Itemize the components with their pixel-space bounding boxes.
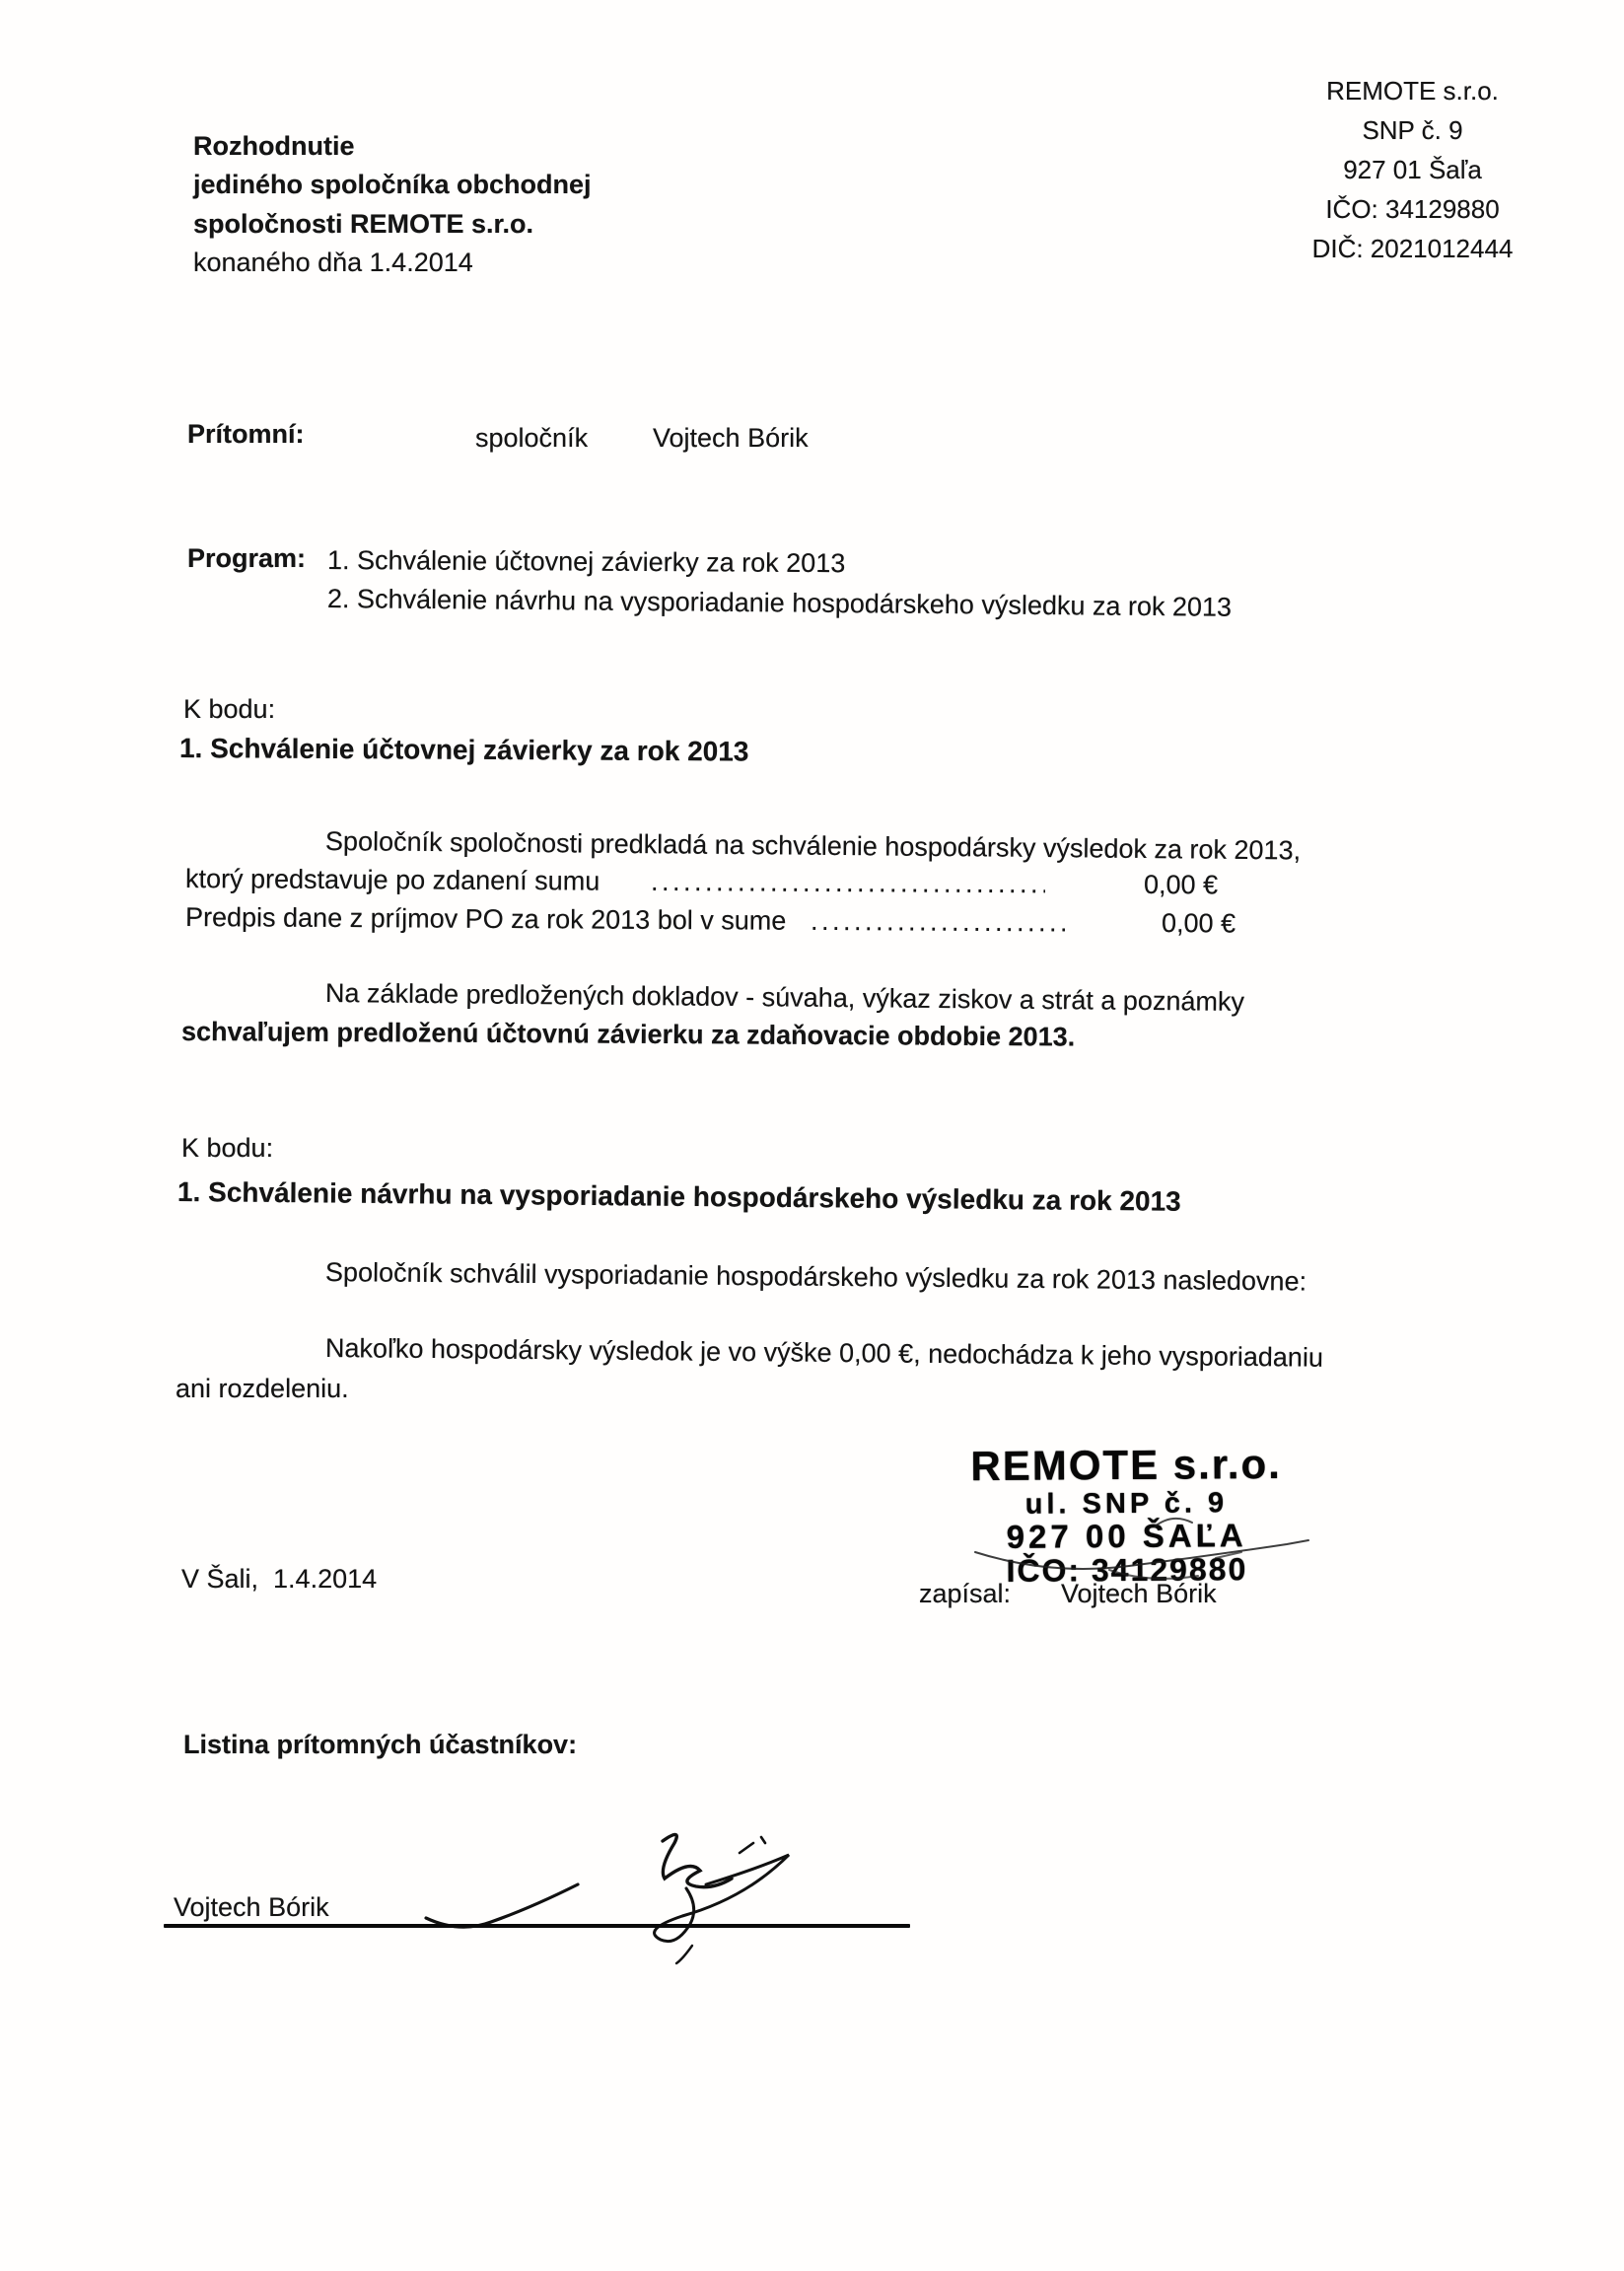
attendee-role: spoločník: [475, 422, 588, 454]
section-1-kbodu: K bodu:: [183, 693, 275, 725]
section-1-closing-line-2: schvaľujem predloženú účtovnú závierku z…: [181, 1016, 1075, 1053]
doc-title-line-2: jediného spoločníka obchodnej: [193, 169, 592, 200]
document-page: Rozhodnutie jediného spoločníka obchodne…: [0, 0, 1624, 2271]
signatory-name: Vojtech Bórik: [174, 1891, 329, 1923]
place-date: V Šali, 1.4.2014: [181, 1563, 377, 1595]
amount-2-value: 0,00 €: [1162, 908, 1236, 939]
company-dic: DIČ: 2021012444: [1282, 229, 1543, 268]
section-1-paragraph-line-1: Spoločník spoločnosti predkladá na schvá…: [325, 825, 1301, 867]
zapisal-name: Vojtech Bórik: [1061, 1578, 1217, 1609]
amount-1-label: ktorý predstavuje po zdanení sumu: [185, 864, 600, 897]
attendance-list-title: Listina prítomných účastníkov:: [183, 1729, 577, 1760]
company-city: 927 01 Šaľa: [1282, 150, 1543, 189]
company-ico: IČO: 34129880: [1282, 189, 1543, 229]
doc-title-line-4: konaného dňa 1.4.2014: [193, 247, 473, 278]
company-name: REMOTE s.r.o.: [1282, 71, 1543, 110]
program-label: Program:: [187, 542, 306, 574]
amount-1-value: 0,00 €: [1144, 870, 1218, 900]
program-item-2: 2. Schválenie návrhu na vysporiadanie ho…: [327, 583, 1232, 623]
section-2-heading: 1. Schválenie návrhu na vysporiadanie ho…: [177, 1175, 1181, 1218]
signature-scribble: [414, 1819, 809, 1977]
section-2-kbodu: K bodu:: [181, 1132, 273, 1164]
section-1-heading: 1. Schválenie účtovnej závierky za rok 2…: [179, 732, 749, 768]
section-1-closing-line-1: Na základe predložených dokladov - súvah…: [325, 977, 1244, 1018]
attendee-name: Vojtech Bórik: [653, 422, 809, 454]
attendees-label: Prítomní:: [187, 418, 305, 450]
amount-1-dot-leader: ........................................…: [651, 867, 1045, 899]
amount-2-label: Predpis dane z príjmov PO za rok 2013 bo…: [185, 902, 786, 937]
section-2-paragraph-2-line-2: ani rozdeleniu.: [176, 1373, 349, 1404]
doc-title-line-1: Rozhodnutie: [193, 130, 354, 162]
section-2-paragraph-2-line-1: Nakoľko hospodársky výsledok je vo výške…: [325, 1332, 1323, 1374]
program-item-1: 1. Schválenie účtovnej závierky za rok 2…: [327, 544, 845, 580]
signature-line: [164, 1924, 910, 1928]
company-address-block: REMOTE s.r.o. SNP č. 9 927 01 Šaľa IČO: …: [1282, 71, 1543, 268]
zapisal-label: zapísal:: [919, 1578, 1011, 1609]
amount-2-dot-leader: ........................................…: [811, 906, 1065, 939]
company-street: SNP č. 9: [1282, 110, 1543, 150]
doc-title-line-3: spoločnosti REMOTE s.r.o.: [193, 208, 533, 240]
amount-row-2: Predpis dane z príjmov PO za rok 2013 bo…: [185, 902, 1624, 952]
stamp-company-name: REMOTE s.r.o.: [946, 1442, 1306, 1490]
section-2-paragraph-1: Spoločník schválil vysporiadanie hospodá…: [325, 1256, 1306, 1298]
